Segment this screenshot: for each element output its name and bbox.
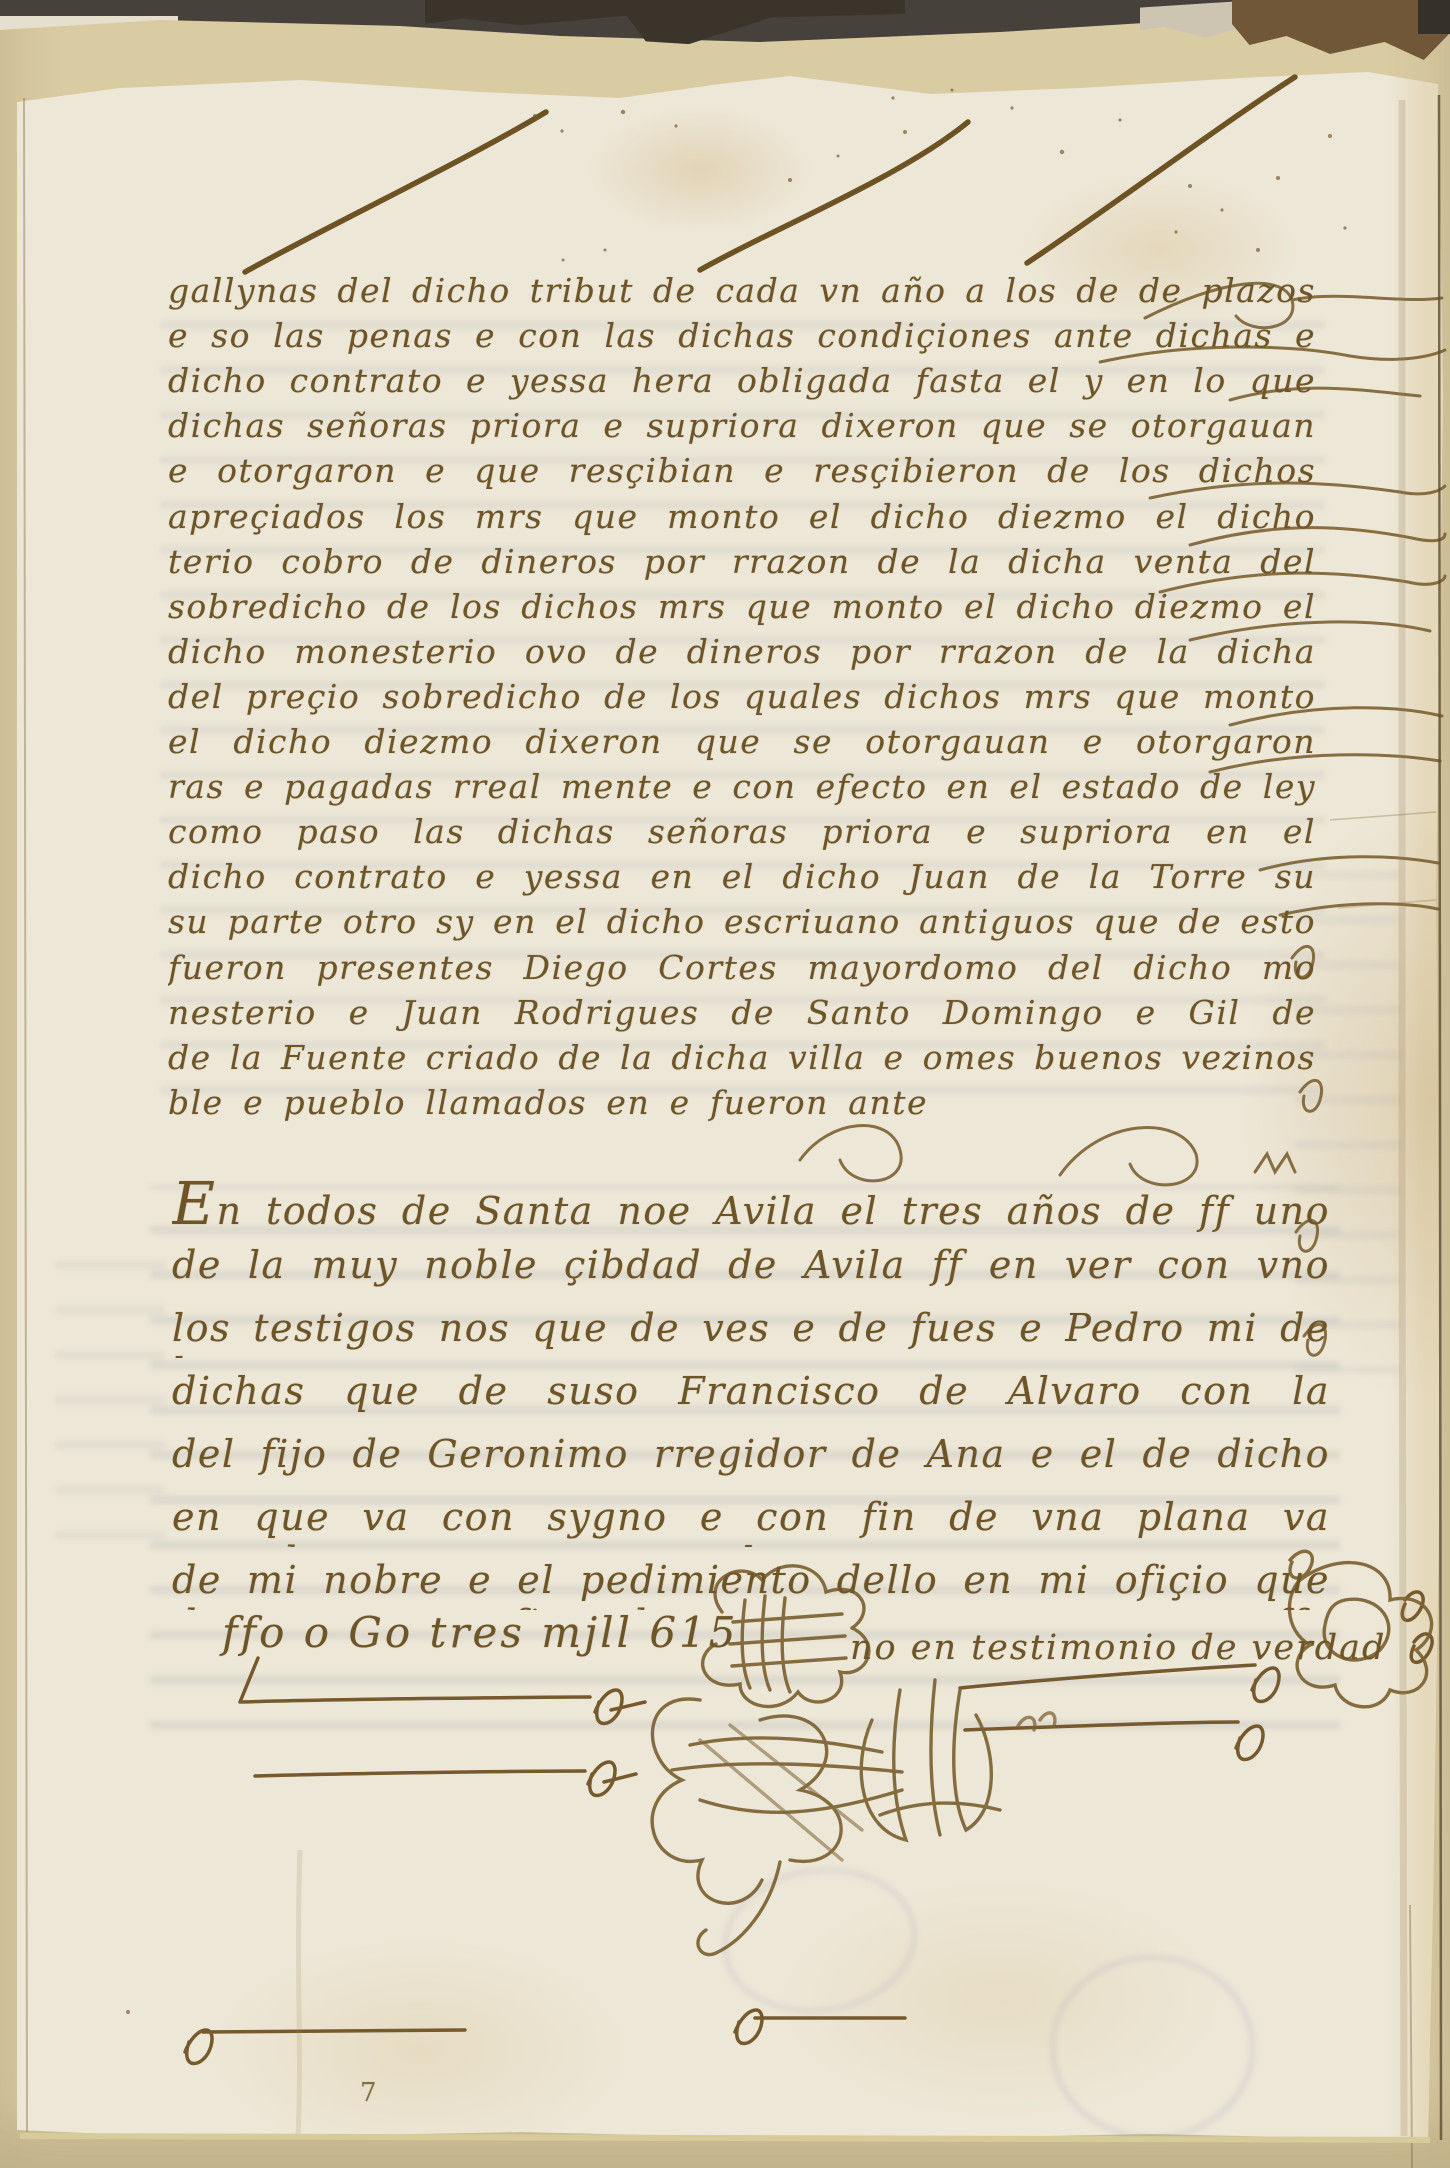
manuscript-line: dicho monesterio ovo de dineros por rraz… [168, 632, 1316, 676]
manuscript-line: de la Fuente criado de la dicha villa e … [168, 1038, 1316, 1082]
manuscript-line: los testigos nos que de ves e de fues e … [172, 1306, 1330, 1358]
manuscript-line: En todos de Santa noe Avila el tres años… [172, 1180, 1330, 1232]
manuscript-line: de la muy noble çibdad de Avila ff en ve… [172, 1243, 1330, 1295]
manuscript-line: nesterio e Juan Rodrigues de Santo Domin… [168, 993, 1316, 1037]
manuscript-line: del preçio sobredicho de los quales dich… [168, 677, 1316, 721]
manuscript-line: gallynas del dicho tribut de cada vn año… [168, 271, 1316, 315]
manuscript-line: e so las penas e con las dichas condiçio… [168, 316, 1316, 360]
attestation-clause: no en testimonio de verdad [850, 1628, 1386, 1668]
manuscript-line: e otorgaron e que resçibian e resçibiero… [168, 451, 1316, 495]
manuscript-line: fueron presentes Diego Cortes mayordomo … [168, 948, 1316, 992]
cancellation-slash-marks [245, 77, 1295, 272]
manuscript-scan: gallynas del dicho tribut de cada vn año… [0, 0, 1450, 2168]
manuscript-line: dicho contrato e yessa hera obligada fas… [168, 361, 1316, 405]
manuscript-line: en que va con sygno e con fin de vna pla… [172, 1495, 1330, 1547]
manuscript-line: apreçiados los mrs que monto el dicho di… [168, 497, 1316, 541]
manuscript-line: sobredicho de los dichos mrs que monto e… [168, 587, 1316, 631]
manuscript-line: dicho contrato e yessa en el dicho Juan … [168, 857, 1316, 901]
signature-line-left: ffo o Go tres mjll 615 [222, 1608, 739, 1657]
manuscript-line: del fijo de Geronimo rregidor de Ana e e… [172, 1432, 1330, 1484]
manuscript-line: como paso las dichas señoras priora e su… [168, 812, 1316, 856]
manuscript-line: dichas que de suso Francisco de Alvaro c… [172, 1369, 1330, 1421]
manuscript-line: dichas señoras priora e supriora dixeron… [168, 406, 1316, 450]
manuscript-line: de mi nobre e el pedimiento dello en mi … [172, 1558, 1330, 1610]
manuscript-line: terio cobro de dineros por rrazon de la … [168, 542, 1316, 586]
manuscript-line: su parte otro sy en el dicho escriuano a… [168, 902, 1316, 946]
folio-footer-mark: 7 [360, 2078, 377, 2108]
manuscript-line: ras e pagadas rreal mente e con efecto e… [168, 767, 1316, 811]
manuscript-line: el dicho diezmo dixeron que se otorgauan… [168, 722, 1316, 766]
manuscript-line: ble e pueblo llamados en e fueron ante e… [168, 1083, 928, 1127]
